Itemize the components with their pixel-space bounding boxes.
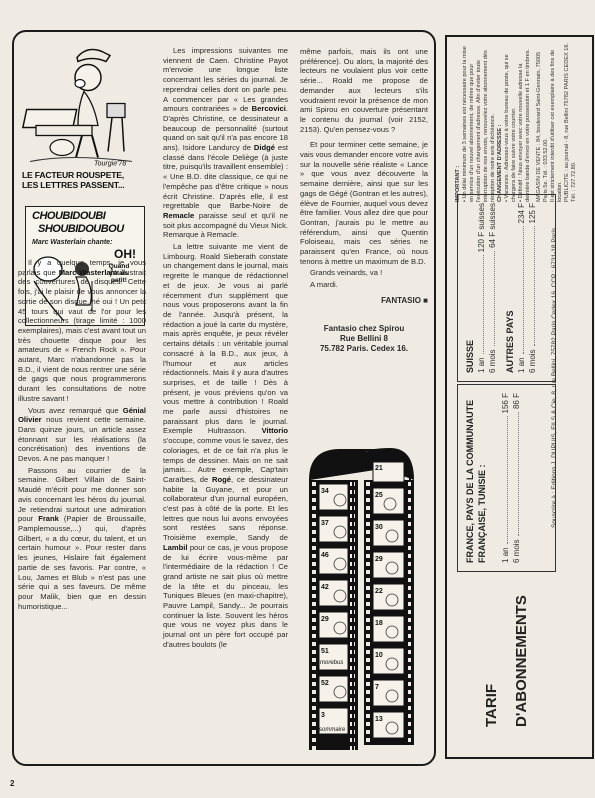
subscription-title: TARIF D'ABONNEMENTS <box>477 595 537 727</box>
subscription-panel: TARIF D'ABONNEMENTS FRANCE, PAYS DE LA C… <box>445 35 594 759</box>
page-number: 2 <box>10 779 14 788</box>
svg-text:Tourgie'78: Tourgie'78 <box>94 161 126 168</box>
tariff-heading: FRANCE, PAYS DE LA COMMUNAUTE FRANÇAISE,… <box>464 393 488 563</box>
tariff-heading: AUTRES PAYS <box>504 203 516 373</box>
postal-address: Fantasio chez Spirou Rue Bellini 8 75.78… <box>300 324 428 354</box>
svg-text:22: 22 <box>375 588 383 595</box>
svg-text:37: 37 <box>321 520 329 527</box>
paragraph: même parfois, mais ils ont une préférenc… <box>300 47 428 134</box>
paragraph: Vous avez remarqué que Génial Olivier no… <box>18 406 146 464</box>
tariff-box-france: FRANCE, PAYS DE LA COMMUNAUTE FRANÇAISE,… <box>457 384 556 572</box>
svg-text:51: 51 <box>321 648 329 655</box>
tariff-row: 6 mois64 F suisses <box>487 203 498 373</box>
filmstrip-illustration: 343746 422951 523 212530 292218 10713 mo… <box>300 440 425 750</box>
svg-text:42: 42 <box>321 584 329 591</box>
svg-text:sommaire: sommaire <box>319 727 346 733</box>
postman-illustration: Tourgie'78 <box>22 30 140 185</box>
tariff-row: 6 mois125 F <box>527 203 538 373</box>
record-title-2: SHOUBIDOUBOU <box>38 223 124 235</box>
letters-column-1: Il y a quelque temps, je vous parlais qu… <box>18 258 146 613</box>
paragraph: Grands veinards, va ! <box>300 268 428 278</box>
svg-text:3: 3 <box>321 712 325 719</box>
svg-text:25: 25 <box>375 492 383 499</box>
illustration-caption: LE FACTEUR ROUSPETE, LES LETTRES PASSENT… <box>22 171 147 190</box>
svg-text:29: 29 <box>375 556 383 563</box>
signature: FANTASIO ■ <box>300 296 428 306</box>
subscribe-address: Souscrire à : Editions J. DUPUIS, FILS &… <box>551 197 559 557</box>
svg-text:52: 52 <box>321 680 329 687</box>
letters-column-3: même parfois, mais ils ont une préférenc… <box>300 47 428 354</box>
svg-text:29: 29 <box>321 616 329 623</box>
letters-column-2: Les impressions suivantes me viennent de… <box>163 46 288 652</box>
svg-text:7: 7 <box>375 684 379 691</box>
svg-text:21: 21 <box>375 465 383 472</box>
svg-text:46: 46 <box>321 552 329 559</box>
tariff-row: 1 an156 F <box>500 393 511 563</box>
paragraph: Les impressions suivantes me viennent de… <box>163 46 288 240</box>
tariff-row: 1 an120 F suisses <box>476 203 487 373</box>
svg-text:34: 34 <box>321 488 329 495</box>
svg-text:18: 18 <box>375 620 383 627</box>
paragraph: Il y a quelque temps, je vous parlais qu… <box>18 258 146 404</box>
svg-text:10: 10 <box>375 652 383 659</box>
paragraph: A mardi. <box>300 280 428 290</box>
paragraph: La lettre suivante me vient de Limbourg.… <box>163 242 288 650</box>
svg-text:morebus: morebus <box>320 660 343 666</box>
record-title-1: CHOUBIDOUBI <box>32 210 105 222</box>
tariff-heading: SUISSE <box>464 203 476 373</box>
tariff-row: 6 mois86 F <box>511 393 522 563</box>
tariff-box-other: SUISSE 1 an120 F suisses 6 mois64 F suis… <box>457 194 556 382</box>
paragraph: Passons au courrier de la semaine. Gilbe… <box>18 466 146 612</box>
svg-text:30: 30 <box>375 524 383 531</box>
svg-text:13: 13 <box>375 716 383 723</box>
important-notice: IMPORTANT : • Un délai minimum de 3 sema… <box>455 42 578 202</box>
paragraph: Et pour terminer cette semaine, je vais … <box>300 140 428 266</box>
subscription-rotated-content: TARIF D'ABONNEMENTS FRANCE, PAYS DE LA C… <box>447 37 592 757</box>
record-subtitle: Marc Wasterlain chante: <box>32 239 112 246</box>
tariff-row: 1 an234 F <box>516 203 527 373</box>
